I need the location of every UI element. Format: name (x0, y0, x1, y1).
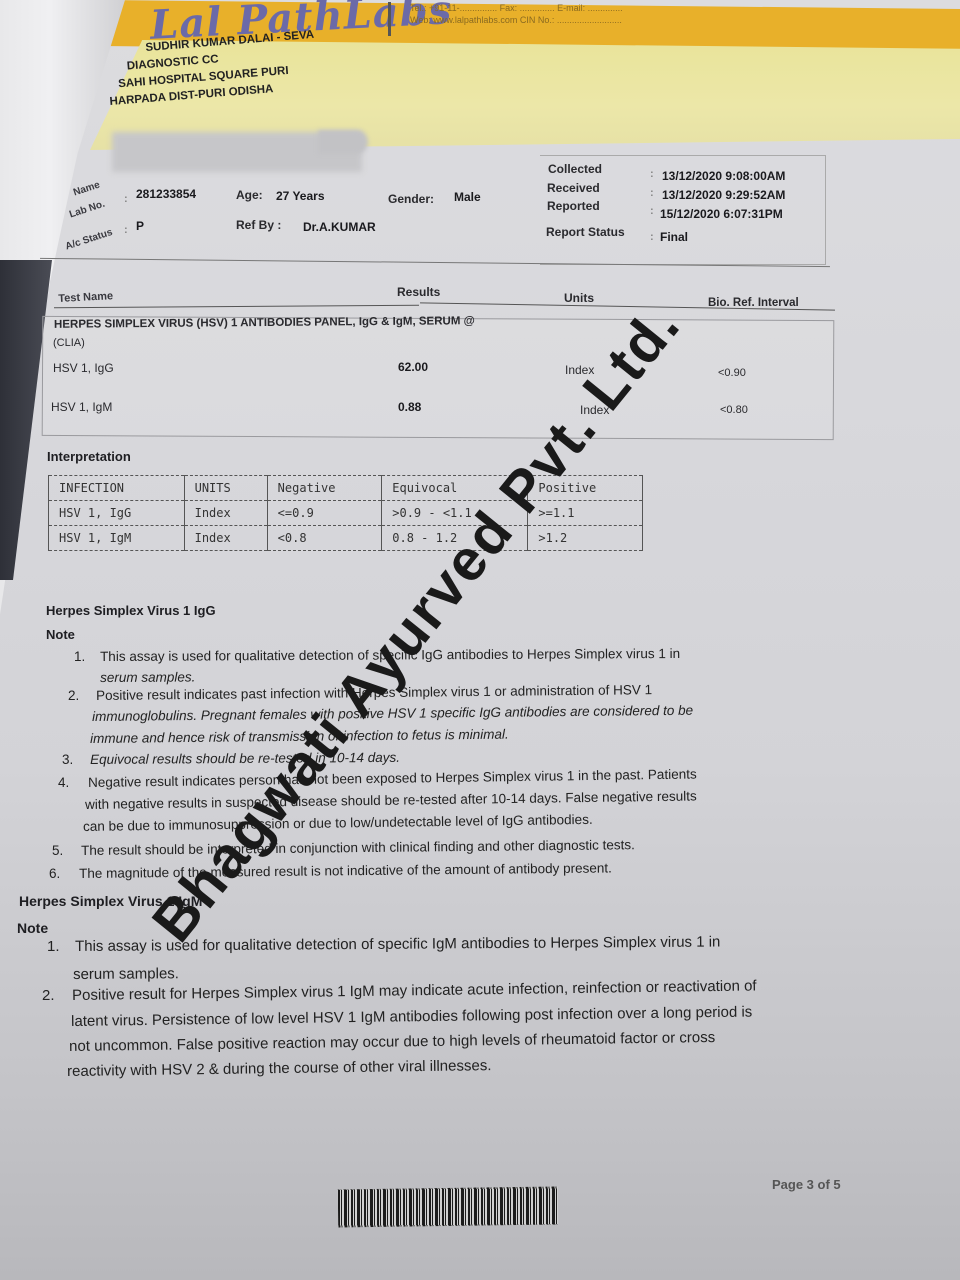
ref-interval: <0.80 (720, 404, 748, 416)
gender-label: Gender: (388, 192, 434, 206)
header-infection: INFECTION (49, 476, 185, 501)
received-label: Received (547, 181, 600, 195)
reported-value: 15/12/2020 6:07:31PM (660, 207, 783, 221)
panel-method: (CLIA) (53, 337, 85, 349)
results-box (42, 316, 835, 440)
test-name: HSV 1, IgG (53, 361, 114, 375)
test-name: HSV 1, IgM (51, 400, 112, 414)
note-number: 4. (58, 775, 69, 790)
interpretation-title: Interpretation (47, 449, 131, 464)
note-number: 5. (52, 843, 63, 858)
note-number: 2. (68, 688, 79, 703)
cell: Index (184, 526, 267, 551)
col-results: Results (397, 285, 440, 299)
contact-line-1: Tel.: +91-11-............... Fax: ......… (410, 2, 623, 14)
lab-no-value: 281233854 (136, 187, 196, 201)
note-text: serum samples. (100, 670, 195, 685)
received-value: 13/12/2020 9:29:52AM (662, 188, 785, 202)
cell: HSV 1, IgG (49, 501, 185, 526)
separator: : (124, 224, 128, 236)
igg-note-label: Note (46, 627, 75, 642)
collected-value: 13/12/2020 9:08:00AM (662, 169, 785, 183)
ac-status-value: P (136, 219, 144, 233)
separator: : (650, 205, 654, 217)
header-negative: Negative (267, 476, 382, 501)
ref-by-label: Ref By : (236, 218, 281, 232)
note-number: 6. (49, 866, 60, 881)
contact-line-2: Web: www.lalpathlabs.com CIN No.: ......… (410, 14, 623, 26)
result-value: 62.00 (398, 360, 428, 374)
igg-notes-title: Herpes Simplex Virus 1 IgG (46, 603, 216, 618)
collected-label: Collected (548, 162, 602, 176)
report-status-label: Report Status (546, 225, 625, 239)
note-number: 3. (62, 752, 73, 767)
logo-divider (388, 2, 391, 36)
age-label: Age: (236, 188, 263, 202)
redacted-patient-name-end (318, 130, 368, 154)
result-value: 0.88 (398, 400, 421, 414)
header-units: UNITS (184, 476, 267, 501)
gender-value: Male (454, 190, 481, 204)
ref-by-value: Dr.A.KUMAR (303, 220, 376, 234)
note-number: 2. (42, 987, 55, 1004)
report-status-value: Final (660, 230, 688, 244)
separator: : (650, 168, 654, 180)
ref-interval: <0.90 (718, 367, 746, 379)
cell: Index (184, 501, 267, 526)
separator: : (650, 187, 654, 199)
igm-note-label: Note (17, 920, 48, 936)
cell: <0.8 (267, 526, 382, 551)
note-number: 1. (47, 938, 60, 955)
col-units: Units (564, 291, 594, 305)
separator: : (650, 231, 654, 243)
cell: <=0.9 (267, 501, 382, 526)
contact-info: Tel.: +91-11-............... Fax: ......… (410, 2, 623, 26)
reported-label: Reported (547, 199, 600, 213)
cell: >1.2 (528, 526, 643, 551)
cell: HSV 1, IgM (49, 526, 185, 551)
separator: : (124, 193, 128, 205)
interpretation-row: HSV 1, IgM Index <0.8 0.8 - 1.2 >1.2 (49, 526, 643, 551)
age-value: 27 Years (276, 189, 325, 203)
barcode-icon (338, 1186, 559, 1227)
note-text: serum samples. (73, 965, 179, 983)
page-number: Page 3 of 5 (772, 1177, 841, 1192)
note-number: 1. (74, 649, 85, 664)
